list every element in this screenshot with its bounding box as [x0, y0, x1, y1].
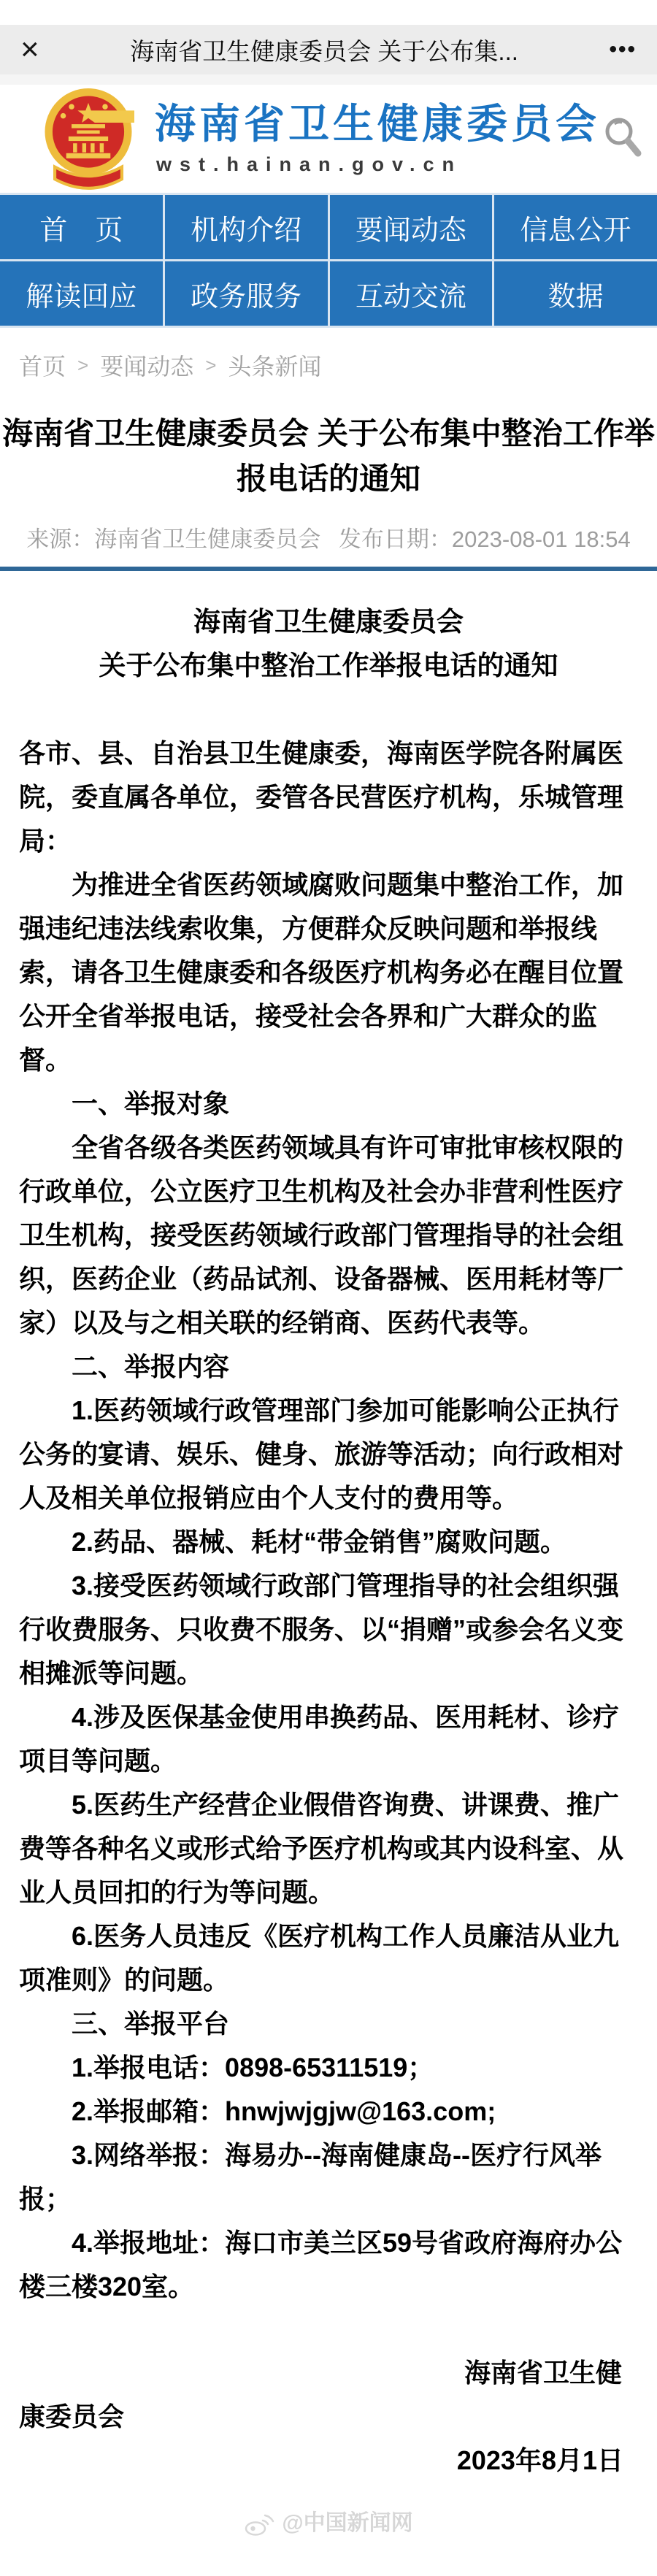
report-item-5: 5.医药生产经营企业假借咨询费、讲课费、推广费等各种名义或形式给予医疗机构或其内…	[19, 1783, 638, 1914]
document-body: 海南省卫生健康委员会 关于公布集中整治工作举报电话的通知 各市、县、自治县卫生健…	[0, 571, 657, 2570]
watermark: @中国新闻网	[19, 2502, 638, 2570]
nav-item-info-disclosure[interactable]: 信息公开	[494, 195, 657, 259]
titlebar-shadow	[0, 74, 657, 85]
breadcrumb-news[interactable]: 要闻动态	[100, 348, 193, 382]
nav-item-about[interactable]: 机构介绍	[165, 195, 328, 259]
section1-body: 全省各级各类医药领域具有许可审批审核权限的行政单位，公立医疗卫生机构及社会办非营…	[19, 1126, 638, 1345]
section1-heading: 一、举报对象	[19, 1082, 638, 1126]
close-icon[interactable]: ×	[20, 34, 39, 66]
weibo-icon	[244, 2510, 276, 2537]
signature-line2: 康委员会	[19, 2395, 638, 2439]
nav-item-news[interactable]: 要闻动态	[330, 195, 493, 259]
webview-title: 海南省卫生健康委员会 关于公布集...	[39, 33, 610, 67]
document-title-line2: 关于公布集中整治工作举报电话的通知	[19, 644, 638, 688]
intro-paragraph: 为推进全省医药领域腐败问题集中整治工作，加强违纪违法线索收集，方便群众反映问题和…	[19, 863, 638, 1082]
nav-item-interaction[interactable]: 互动交流	[330, 261, 493, 326]
signature-date: 2023年8月1日	[19, 2439, 638, 2483]
article-meta: 来源：海南省卫生健康委员会 发布日期：2023-08-01 18:54	[0, 521, 657, 553]
report-item-3: 3.接受医药领域行政部门管理指导的社会组织强行收费服务、只收费不服务、以“捐赠”…	[19, 1564, 638, 1695]
section3-heading: 三、举报平台	[19, 2002, 638, 2046]
report-online: 3.网络举报：海易办--海南健康岛--医疗行风举报；	[19, 2134, 638, 2221]
breadcrumb-separator: >	[205, 354, 216, 377]
breadcrumb-separator: >	[77, 354, 88, 377]
section2-heading: 二、举报内容	[19, 1345, 638, 1389]
report-phone: 1.举报电话：0898-65311519；	[19, 2046, 638, 2090]
report-item-4: 4.涉及医保基金使用串换药品、医用耗材、诊疗项目等问题。	[19, 1695, 638, 1783]
breadcrumb-headline-news[interactable]: 头条新闻	[228, 348, 321, 382]
watermark-text: @中国新闻网	[282, 2502, 412, 2545]
webview-titlebar: × 海南省卫生健康委员会 关于公布集... •••	[0, 25, 657, 74]
nav-item-interpretation[interactable]: 解读回应	[0, 261, 163, 326]
signature-block: 海南省卫生健 康委员会 2023年8月1日	[19, 2351, 638, 2483]
status-bar	[0, 0, 657, 25]
nav-item-home[interactable]: 首 页	[0, 195, 163, 259]
breadcrumb: 首页 > 要闻动态 > 头条新闻	[0, 328, 657, 386]
national-emblem-logo	[42, 88, 134, 191]
nav-item-gov-services[interactable]: 政务服务	[165, 261, 328, 326]
site-header: 海南省卫生健康委员会 wst.hainan.gov.cn	[0, 85, 657, 193]
article-publish-date: 发布日期：2023-08-01 18:54	[339, 526, 631, 552]
nav-item-data[interactable]: 数据	[494, 261, 657, 326]
spacer	[19, 688, 638, 732]
report-address: 4.举报地址：海口市美兰区59号省政府海府办公楼三楼320室。	[19, 2221, 638, 2309]
signature-line1: 海南省卫生健	[19, 2351, 638, 2395]
page-title: 海南省卫生健康委员会 关于公布集中整治工作举报电话的通知	[1, 411, 656, 502]
report-item-1: 1.医药领域行政管理部门参加可能影响公正执行公务的宴请、娱乐、健身、旅游等活动；…	[19, 1389, 638, 1520]
report-email: 2.举报邮箱：hnwjwjgjw@163.com;	[19, 2090, 638, 2134]
breadcrumb-home[interactable]: 首页	[19, 348, 66, 382]
salutation: 各市、县、自治县卫生健康委，海南医学院各附属医院，委直属各单位，委管各民营医疗机…	[19, 732, 638, 863]
main-nav: 首 页 机构介绍 要闻动态 信息公开 解读回应 政务服务 互动交流 数据	[0, 193, 657, 328]
org-name: 海南省卫生健康委员会	[155, 92, 600, 150]
more-menu-icon[interactable]: •••	[609, 37, 637, 62]
site-domain: wst.hainan.gov.cn	[156, 153, 462, 176]
search-icon[interactable]	[600, 114, 645, 162]
article-source: 来源：海南省卫生健康委员会	[26, 526, 320, 552]
report-item-2: 2.药品、器械、耗材“带金销售”腐败问题。	[19, 1520, 638, 1564]
document-title-line1: 海南省卫生健康委员会	[19, 600, 638, 644]
report-item-6: 6.医务人员违反《医疗机构工作人员廉洁从业九项准则》的问题。	[19, 1914, 638, 2002]
